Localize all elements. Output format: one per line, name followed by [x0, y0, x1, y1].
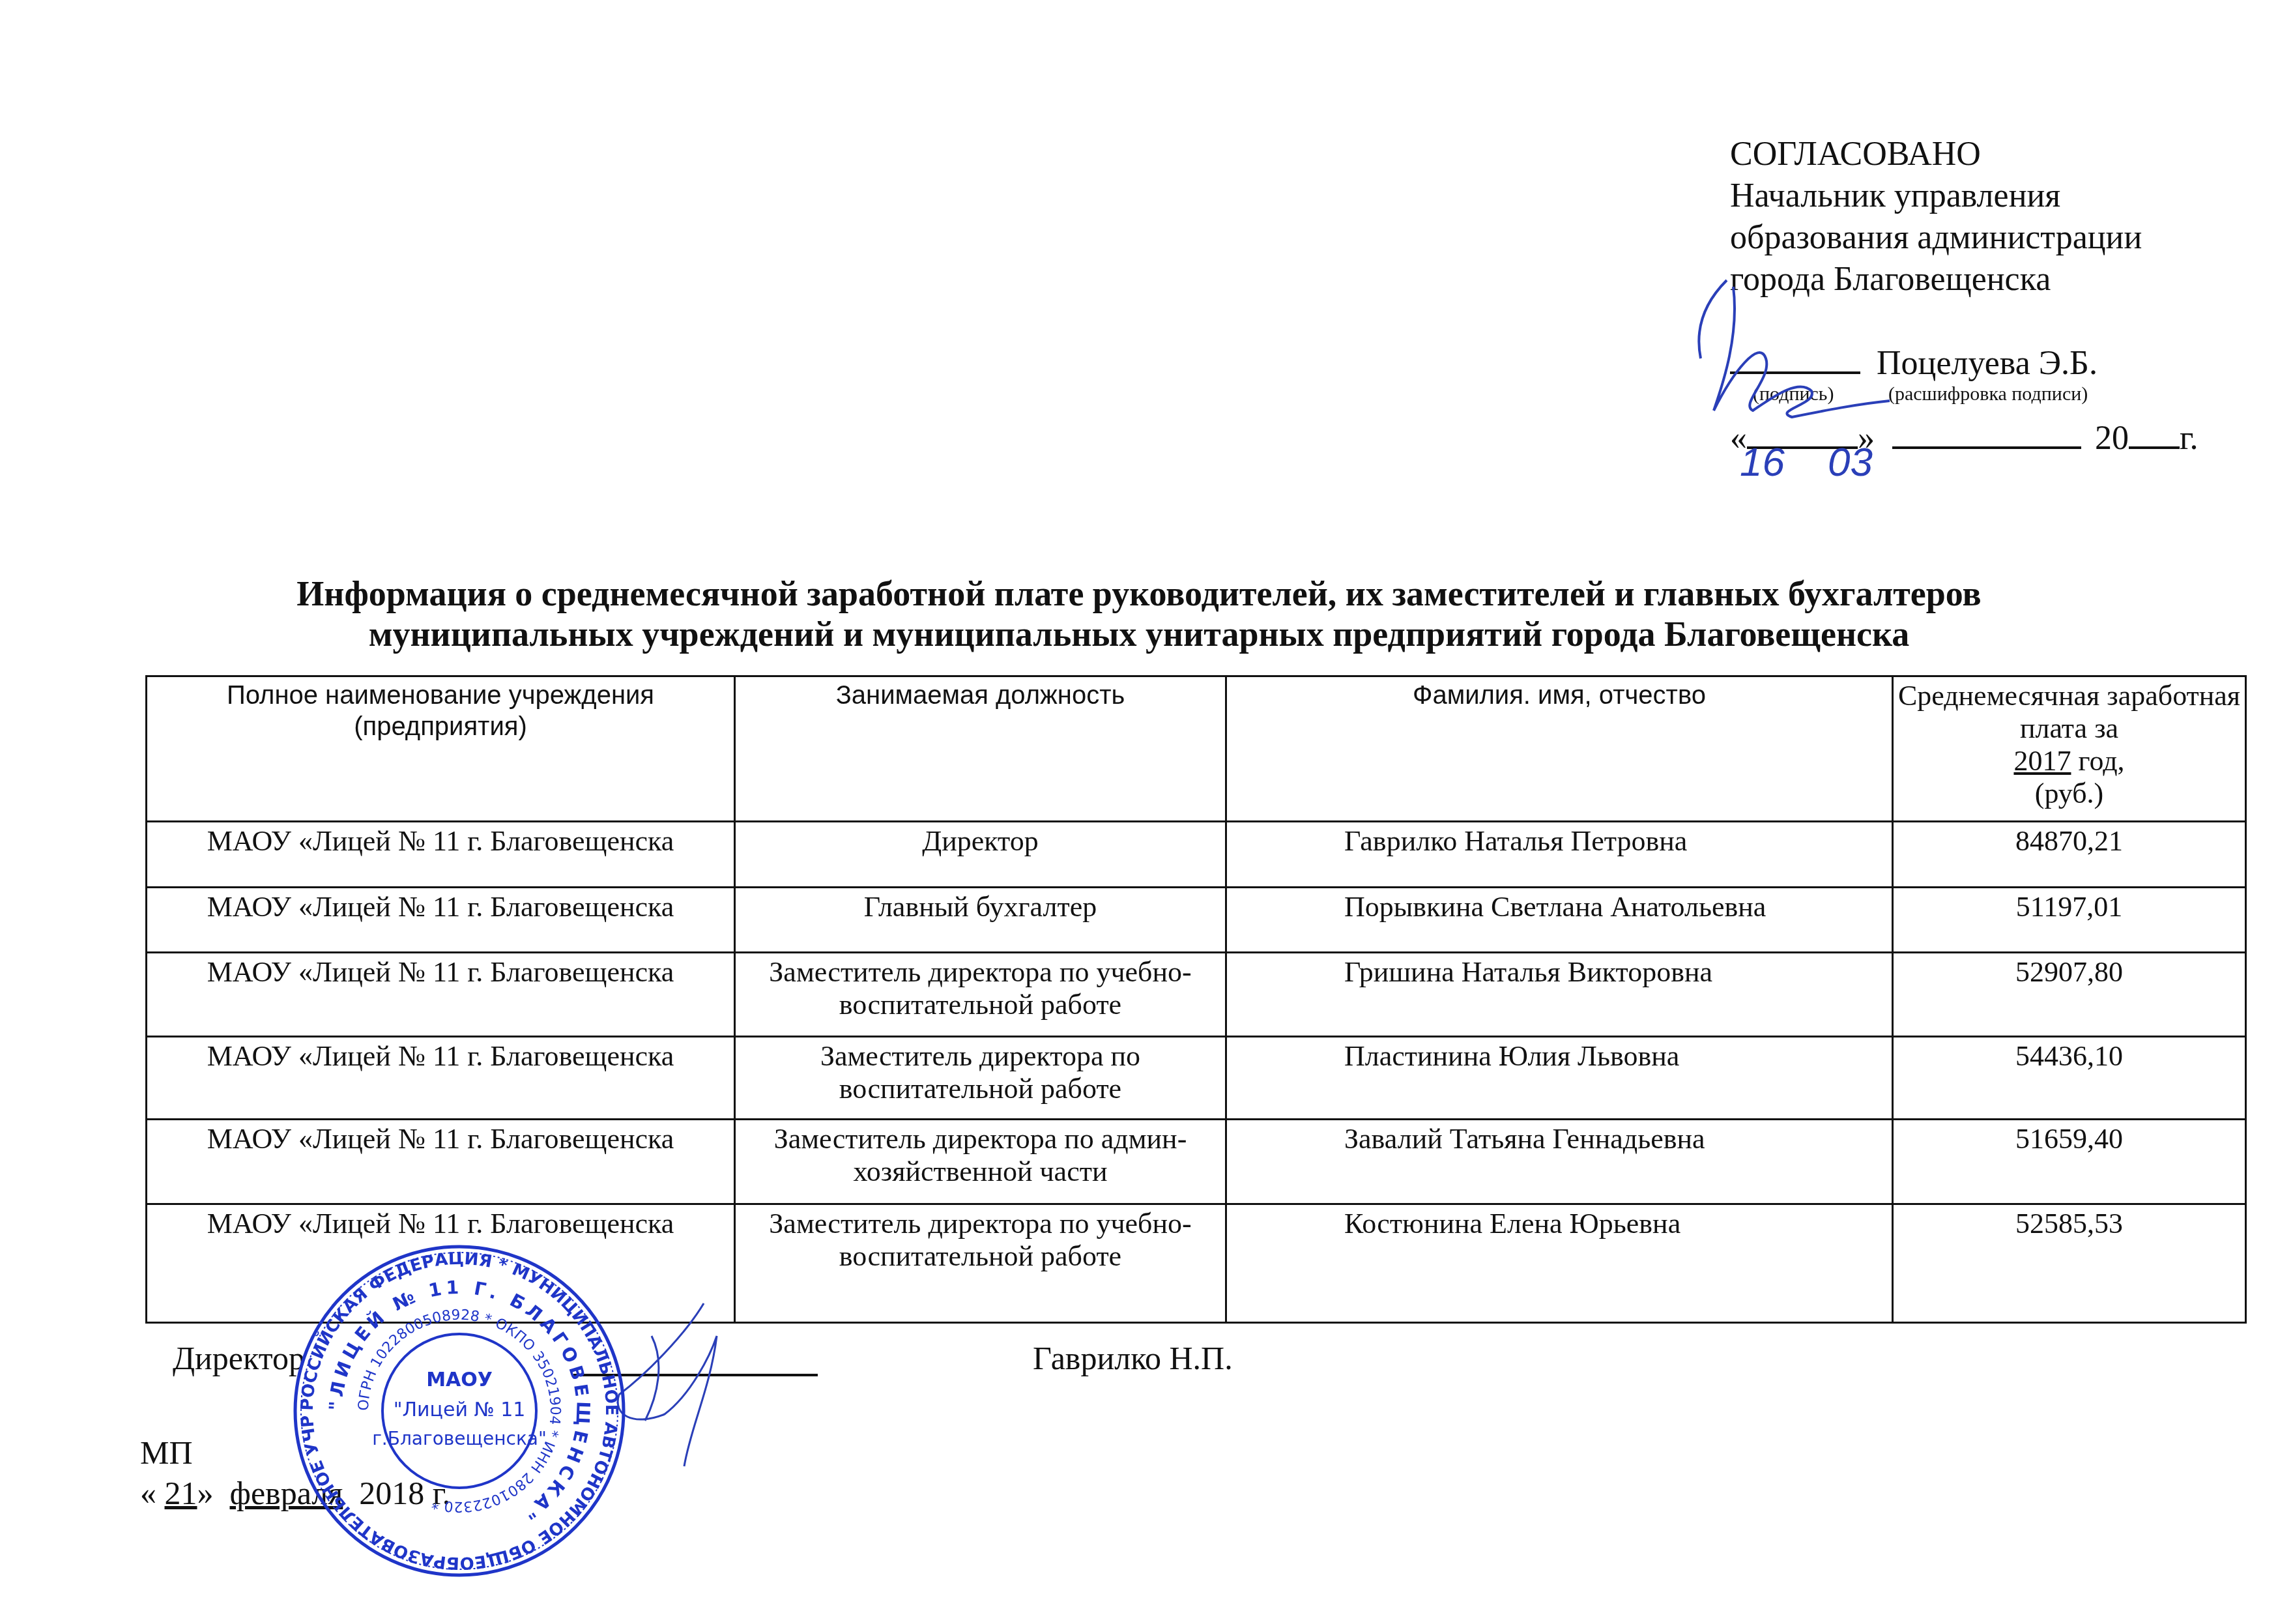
document-title: Информация о среднемесячной заработной п…: [0, 573, 2278, 654]
cell-position: Заместитель директора по воспитательной …: [735, 1037, 1226, 1120]
table-row: МАОУ «Лицей № 11 г. БлаговещенскаЗамести…: [147, 953, 2246, 1037]
svg-text:16: 16: [1740, 440, 1785, 485]
cell-institution: МАОУ «Лицей № 11 г. Благовещенска: [147, 953, 735, 1037]
table-header-row: Полное наименование учреждения (предприя…: [147, 676, 2246, 822]
cell-salary: 52585,53: [1893, 1204, 2246, 1323]
title-line-1: Информация о среднемесячной заработной п…: [0, 573, 2278, 614]
table-row: МАОУ «Лицей № 11 г. БлаговещенскаЗамести…: [147, 1037, 2246, 1120]
cell-fio: Завалий Татьяна Геннадьевна: [1226, 1120, 1893, 1204]
salary-table: Полное наименование учреждения (предприя…: [145, 675, 2247, 1324]
cell-fio: Гришина Наталья Викторовна: [1226, 953, 1893, 1037]
mp-label: МП: [140, 1434, 193, 1472]
cell-position: Заместитель директора по админ-хозяйстве…: [735, 1120, 1226, 1204]
date-year-line: [2129, 414, 2180, 449]
approval-line-2: образования администрации: [1730, 217, 2142, 259]
svg-text:г.Благовещенска": г.Благовещенска": [372, 1428, 547, 1449]
date-year-suffix: г.: [2180, 420, 2198, 457]
cell-institution: МАОУ «Лицей № 11 г. Благовещенска: [147, 822, 735, 888]
svg-text:03: 03: [1828, 440, 1873, 485]
cell-institution: МАОУ «Лицей № 11 г. Благовещенска: [147, 888, 735, 953]
table-row: МАОУ «Лицей № 11 г. БлаговещенскаЗамести…: [147, 1120, 2246, 1204]
header-position: Занимаемая должность: [735, 676, 1226, 822]
approval-heading: СОГЛАСОВАНО: [1730, 134, 2142, 175]
cell-position: Главный бухгалтер: [735, 888, 1226, 953]
table-row: МАОУ «Лицей № 11 г. БлаговещенскаГлавный…: [147, 888, 2246, 953]
title-line-2: муниципальных учреждений и муниципальных…: [0, 614, 2278, 654]
cell-fio: Порывкина Светлана Анатольевна: [1226, 888, 1893, 953]
date-year-prefix: 20: [2095, 420, 2129, 457]
cell-fio: Костюнина Елена Юрьевна: [1226, 1204, 1893, 1323]
header-institution: Полное наименование учреждения (предприя…: [147, 676, 735, 822]
cell-salary: 54436,10: [1893, 1037, 2246, 1120]
svg-text:МАОУ: МАОУ: [426, 1369, 493, 1391]
cell-salary: 51659,40: [1893, 1120, 2246, 1204]
cell-position: Директор: [735, 822, 1226, 888]
cell-fio: Гаврилко Наталья Петровна: [1226, 822, 1893, 888]
cell-institution: МАОУ «Лицей № 11 г. Благовещенска: [147, 1037, 735, 1120]
cell-salary: 52907,80: [1893, 953, 2246, 1037]
header-fio: Фамилия. имя, отчество: [1226, 676, 1893, 822]
svg-text:"Лицей № 11: "Лицей № 11: [394, 1399, 526, 1421]
cell-salary: 51197,01: [1893, 888, 2246, 953]
cell-position: Заместитель директора по учебно-воспитат…: [735, 1204, 1226, 1323]
director-name: Гаврилко Н.П.: [1033, 1339, 1233, 1377]
official-stamp-icon: РОССИЙСКАЯ ФЕДЕРАЦИЯ * МУНИЦИПАЛЬНОЕ АВТ…: [290, 1241, 629, 1580]
director-label: Директор: [173, 1339, 305, 1377]
handwritten-signature-icon: 16 03: [1694, 261, 1955, 508]
cell-institution: МАОУ «Лицей № 11 г. Благовещенска: [147, 1120, 735, 1204]
approval-line-1: Начальник управления: [1730, 175, 2142, 217]
cell-position: Заместитель директора по учебно-воспитат…: [735, 953, 1226, 1037]
table-row: МАОУ «Лицей № 11 г. БлаговещенскаДиректо…: [147, 822, 2246, 888]
header-salary: Среднемесячная заработная плата за 2017 …: [1893, 676, 2246, 822]
cell-fio: Пластинина Юлия Львовна: [1226, 1037, 1893, 1120]
cell-salary: 84870,21: [1893, 822, 2246, 888]
